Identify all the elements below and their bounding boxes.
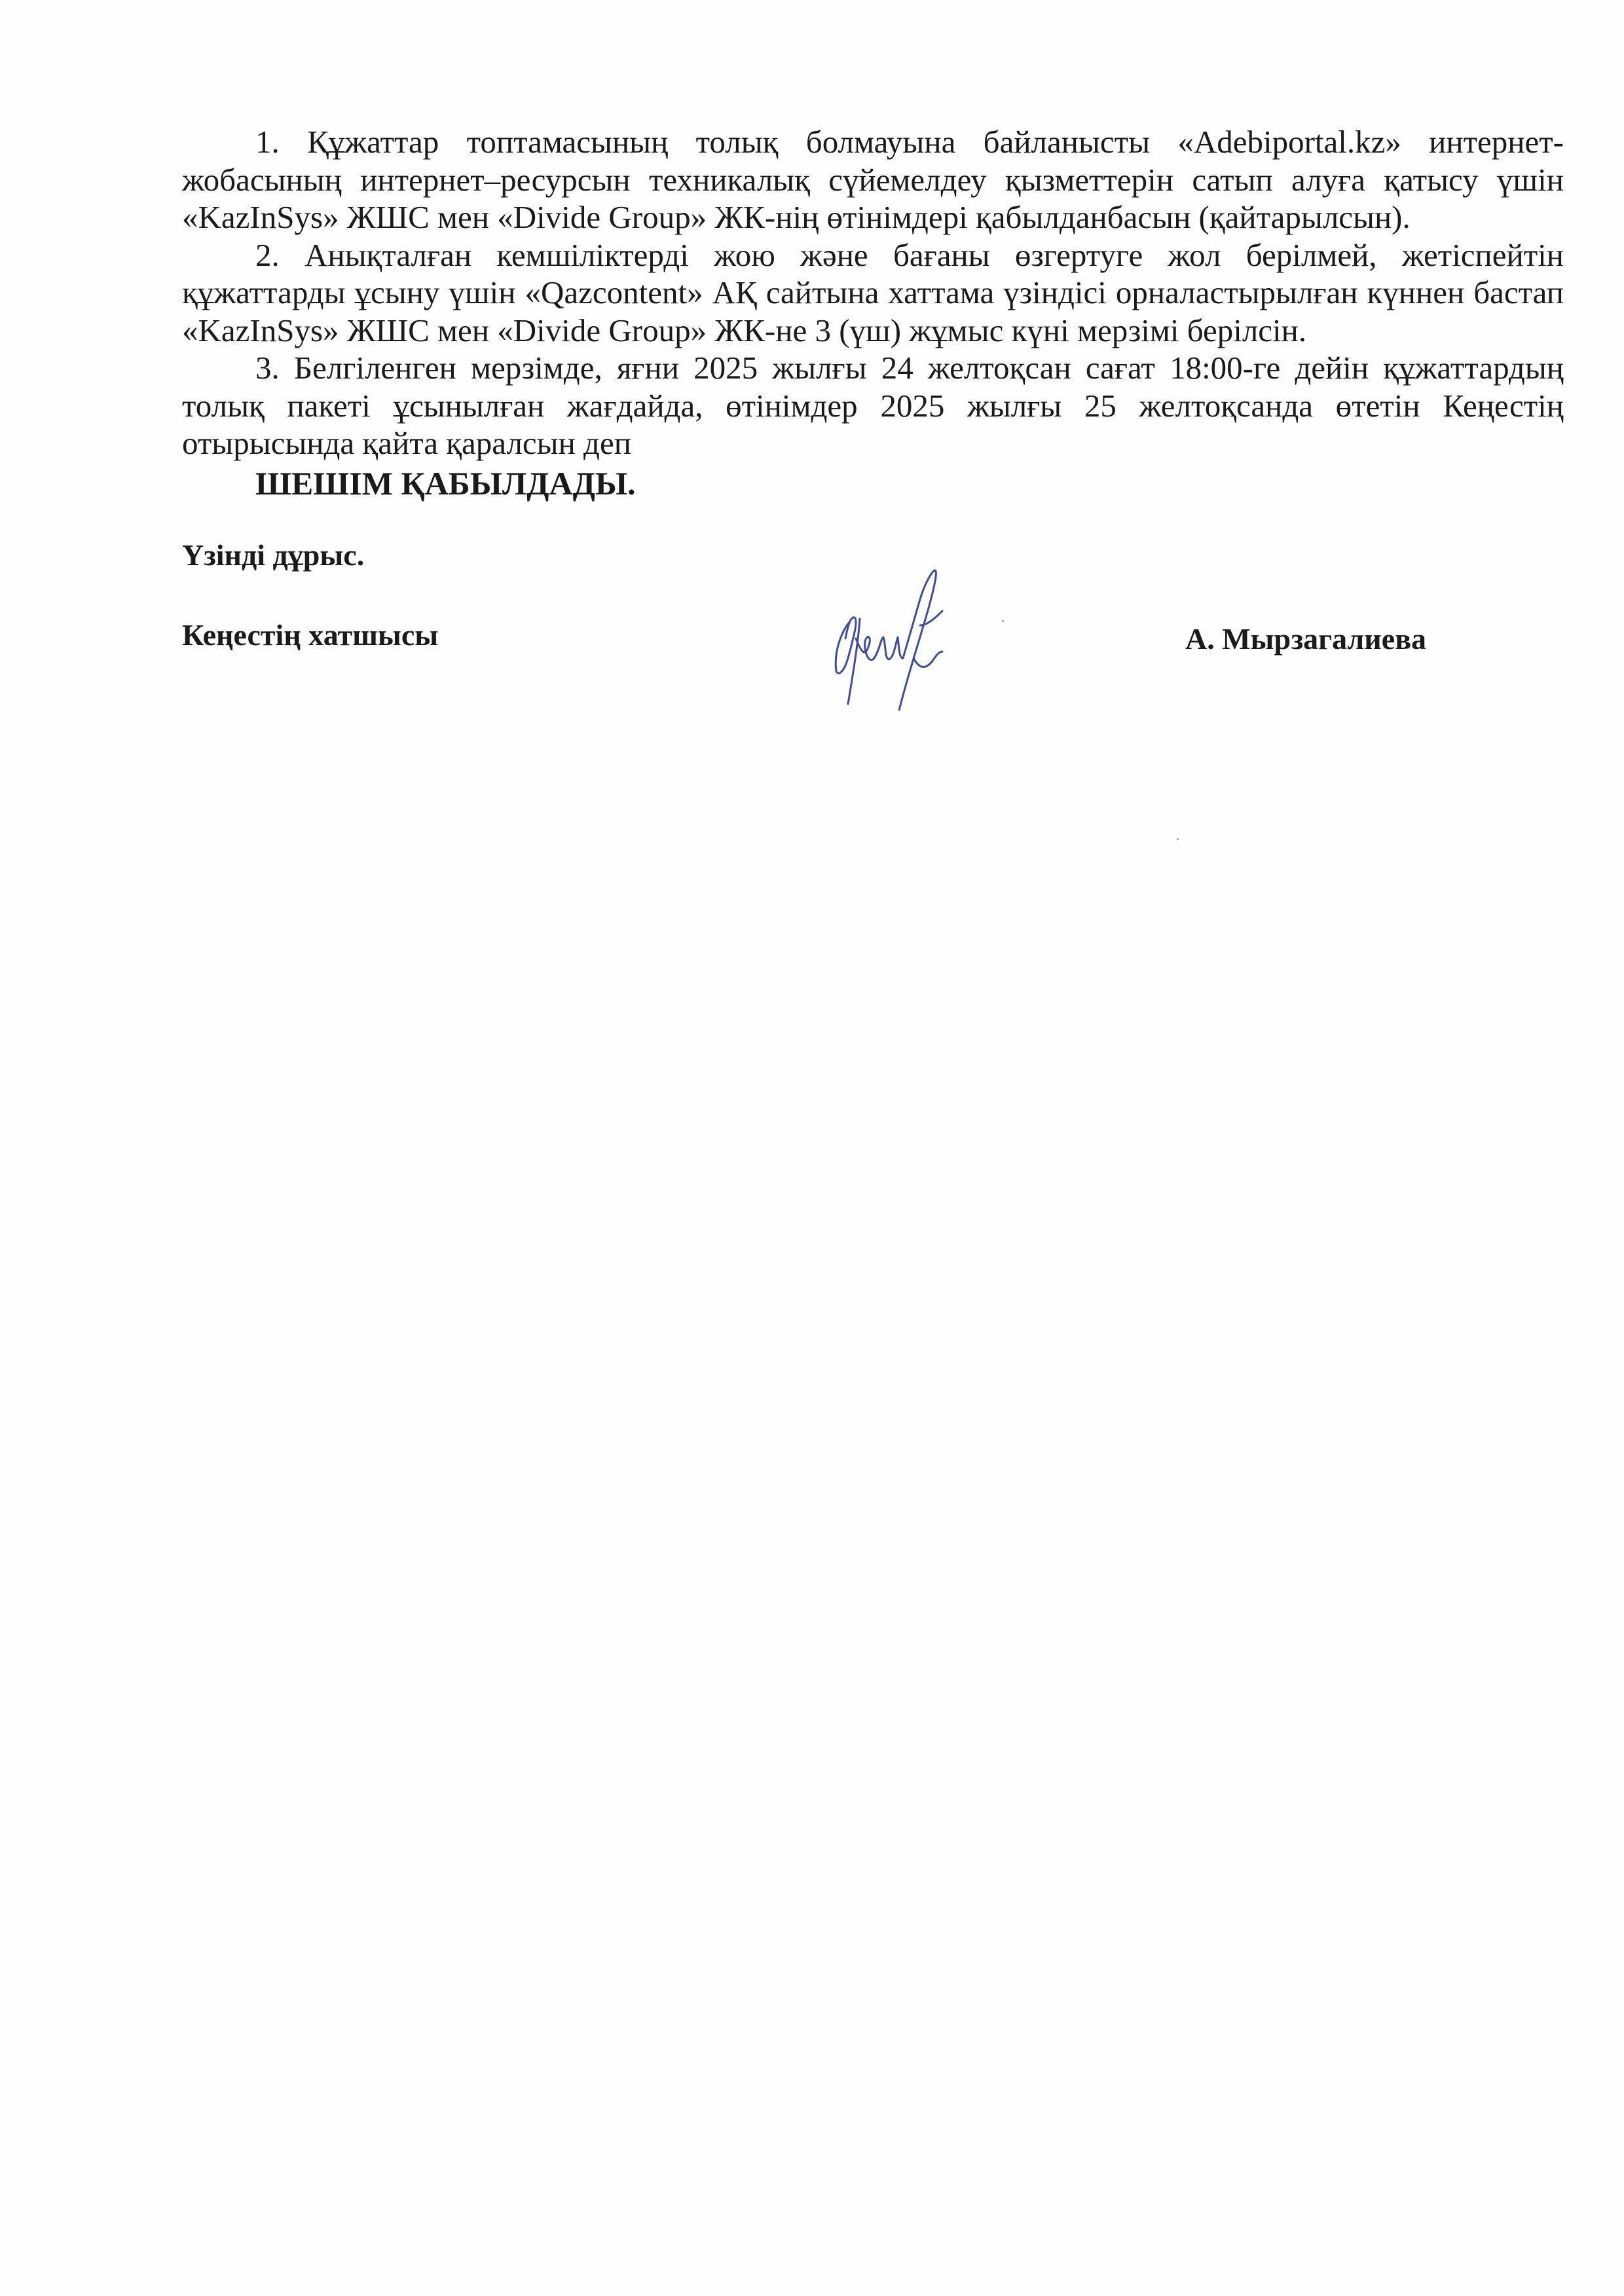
signatory-name: А. Мырзагалиева [1185,621,1426,657]
paragraph-number: 1. [255,124,280,160]
paragraph-2: 2. Анықталған кемшіліктерді жою және бағ… [182,236,1564,350]
paragraph-number: 3. [255,350,280,386]
paragraph-text: Белгіленген мерзімде, яғни 2025 жылғы 24… [182,350,1564,461]
paragraph-text: Анықталған кемшіліктерді жою және бағаны… [182,237,1564,348]
paragraph-text: Құжаттар топтамасының толық болмауына ба… [182,124,1564,235]
certified-copy-label: Үзінді дұрыс. [182,537,364,574]
paragraph-1: 1. Құжаттар топтамасының толық болмауына… [182,123,1564,236]
handwritten-signature-icon [822,560,992,711]
scan-speck [1002,620,1004,622]
document-page: 1. Құжаттар топтамасының толық болмауына… [0,0,1624,2296]
document-body: 1. Құжаттар топтамасының толық болмауына… [182,123,1564,504]
scan-speck [1177,838,1179,840]
paragraph-number: 2. [255,237,280,273]
signatory-role: Кеңестің хатшысы [182,617,438,654]
paragraph-3: 3. Белгіленген мерзімде, яғни 2025 жылғы… [182,349,1564,462]
decision-heading: ШЕШІМ ҚАБЫЛДАДЫ. [182,462,1564,504]
